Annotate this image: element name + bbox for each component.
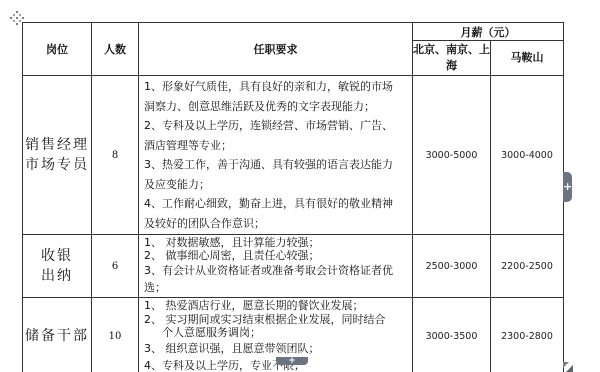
count-cell[interactable]: 8 bbox=[92, 76, 139, 235]
add-column-button[interactable]: + bbox=[563, 172, 572, 202]
job-openings-table: 岗位 人数 任职要求 月薪（元） 北京、南京、上海 马鞍山 销售经理 市场专员 … bbox=[22, 22, 564, 372]
requirement-line: 1、 热爱酒店行业，愿意长期的餐饮业发展； bbox=[144, 299, 408, 313]
salary-big-cities-cell[interactable]: 3000-5000 bbox=[413, 76, 491, 235]
requirement-line: 3、热爱工作，善于沟通、具有较强的语言表达能力 bbox=[144, 155, 408, 175]
position-line: 市场专员 bbox=[23, 155, 91, 175]
requirement-line: 4、工作耐心细致，勤奋上进，具有很好的敬业精神 bbox=[144, 194, 408, 214]
requirement-line: 3、有会计从业资格证者或准备考取会计资格证者优 bbox=[144, 262, 408, 279]
header-requirements: 任职要求 bbox=[139, 23, 413, 76]
requirement-line: 个人意愿服务调岗； bbox=[144, 326, 408, 340]
requirement-line: 3、 组织意识强，且愿意带领团队； bbox=[144, 340, 408, 357]
count-cell[interactable]: 6 bbox=[92, 235, 139, 298]
position-cell[interactable]: 销售经理 市场专员 bbox=[23, 76, 92, 235]
header-salary-maanshan: 马鞍山 bbox=[491, 41, 564, 76]
requirement-line: 及较好的团队合作意识； bbox=[144, 214, 408, 234]
requirement-line: 及应变能力； bbox=[144, 175, 408, 195]
requirement-line: 1、形象好气质佳，具有良好的亲和力，敏锐的市场 bbox=[144, 77, 408, 97]
salary-maanshan-cell[interactable]: 2200-2500 bbox=[491, 235, 564, 298]
header-salary-big-cities: 北京、南京、上海 bbox=[413, 41, 491, 76]
requirement-line: 2、专科及以上学历，连锁经营、市场营销、广告、 bbox=[144, 116, 408, 136]
salary-big-cities-cell[interactable]: 2500-3000 bbox=[413, 235, 491, 298]
salary-maanshan-cell[interactable]: 2300-2800 bbox=[491, 298, 564, 372]
plus-icon: + bbox=[288, 356, 296, 366]
salary-maanshan-cell[interactable]: 3000-4000 bbox=[491, 76, 564, 235]
header-salary-group: 月薪（元） bbox=[413, 23, 564, 41]
resize-corner-icon bbox=[563, 362, 573, 372]
position-cell[interactable]: 储备干部 bbox=[23, 298, 92, 372]
add-row-button[interactable]: + bbox=[276, 357, 308, 365]
position-line: 出纳 bbox=[23, 266, 91, 286]
position-line: 收银 bbox=[23, 246, 91, 266]
position-line: 销售经理 bbox=[23, 135, 91, 155]
header-row: 岗位 人数 任职要求 月薪（元） bbox=[23, 23, 564, 41]
position-cell[interactable]: 收银 出纳 bbox=[23, 235, 92, 298]
requirement-line: 酒店管理等专业； bbox=[144, 136, 408, 156]
requirement-line: 2、 实习期间或实习结束根据企业发展，同时结合 bbox=[144, 313, 408, 327]
requirement-line: 选； bbox=[144, 279, 408, 296]
requirements-cell[interactable]: 1、形象好气质佳，具有良好的亲和力，敏锐的市场 洞察力、创意思维活跃及优秀的文字… bbox=[139, 76, 413, 235]
table-row: 收银 出纳 6 1、 对数据敏感，且计算能力较强； 2、 做事细心周密，且责任心… bbox=[23, 235, 564, 298]
position-line: 储备干部 bbox=[23, 326, 91, 346]
header-count: 人数 bbox=[92, 23, 139, 76]
table-row: 销售经理 市场专员 8 1、形象好气质佳，具有良好的亲和力，敏锐的市场 洞察力、… bbox=[23, 76, 564, 235]
salary-big-cities-cell[interactable]: 3000-3500 bbox=[413, 298, 491, 372]
table-resize-handle[interactable] bbox=[563, 357, 573, 367]
requirement-line: 2、 做事细心周密，且责任心较强； bbox=[144, 249, 408, 262]
requirements-cell[interactable]: 1、 对数据敏感，且计算能力较强； 2、 做事细心周密，且责任心较强； 3、有会… bbox=[139, 235, 413, 298]
requirement-line: 洞察力、创意思维活跃及优秀的文字表现能力； bbox=[144, 97, 408, 117]
requirement-line: 1、 对数据敏感，且计算能力较强； bbox=[144, 236, 408, 249]
header-position: 岗位 bbox=[23, 23, 92, 76]
plus-icon: + bbox=[563, 180, 572, 193]
count-cell[interactable]: 10 bbox=[92, 298, 139, 372]
